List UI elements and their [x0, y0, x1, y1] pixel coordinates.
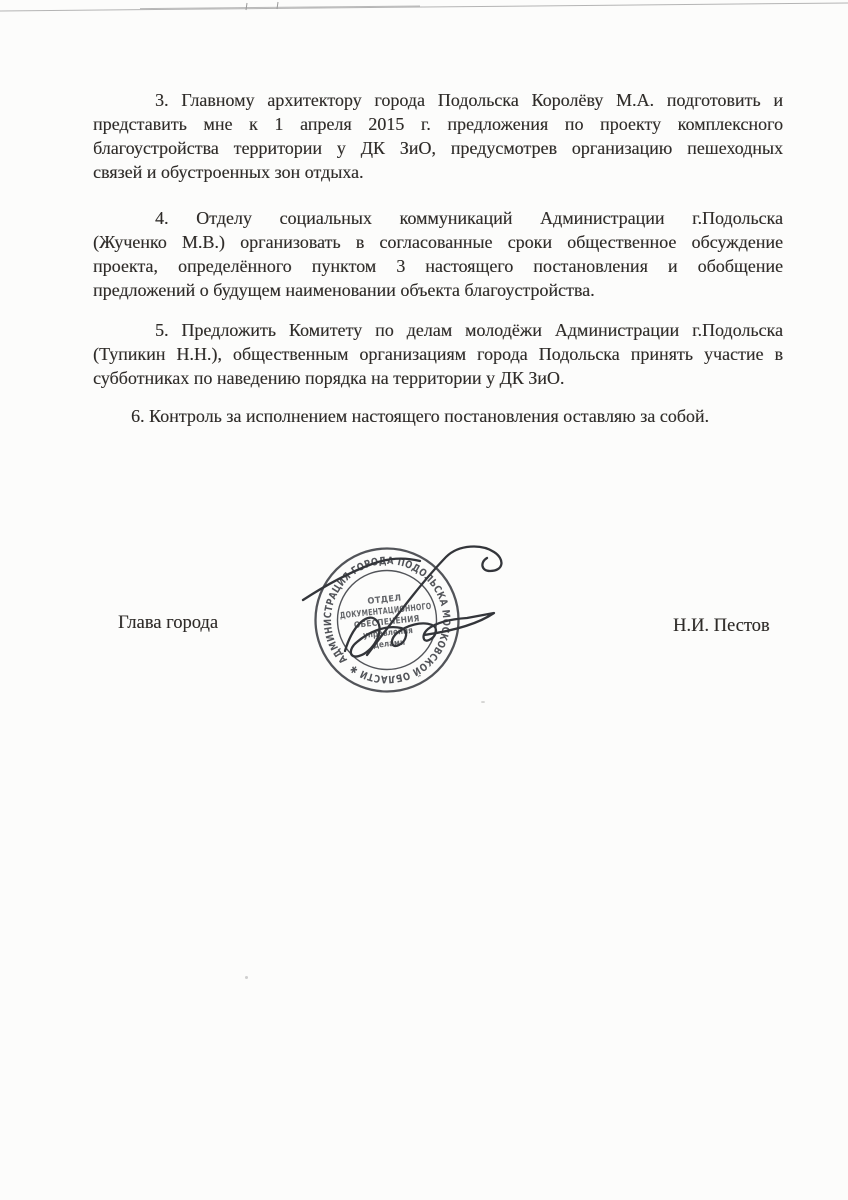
text-line: 3. Главному архитектору города Подольска… — [93, 88, 783, 112]
signature-stroke — [303, 559, 420, 600]
text-line: 4. Отделу социальных коммуникаций Админи… — [93, 206, 783, 230]
scanned-document-page: 3. Главному архитектору города Подольска… — [0, 0, 848, 1200]
scan-edge-artifact — [0, 0, 848, 20]
signature-stroke — [345, 613, 494, 657]
text-line: субботниках по наведению порядка на терр… — [93, 366, 783, 390]
text-line: проекта, определённого пунктом 3 настоящ… — [93, 254, 783, 278]
text-line: 6. Контроль за исполнением настоящего по… — [93, 404, 783, 428]
text-line: благоустройства территории у ДК ЗиО, пре… — [93, 136, 783, 160]
paragraph-6: 6. Контроль за исполнением настоящего по… — [93, 404, 783, 428]
paragraph-5: 5. Предложить Комитету по делам молодёжи… — [93, 318, 783, 390]
text-line: 5. Предложить Комитету по делам молодёжи… — [93, 318, 783, 342]
scan-speck — [481, 701, 485, 703]
scan-speck — [245, 976, 248, 979]
signature-stroke — [367, 547, 501, 655]
signer-name: Н.И. Пестов — [673, 616, 770, 637]
signer-title: Глава города — [118, 613, 218, 634]
text-line: связей и обустроенных зон отдыха. — [93, 160, 783, 184]
paragraph-3: 3. Главному архитектору города Подольска… — [93, 88, 783, 184]
document-body: 3. Главному архитектору города Подольска… — [93, 88, 783, 428]
handwritten-signature — [290, 535, 520, 715]
text-line: предложений о будущем наименовании объек… — [93, 278, 783, 302]
text-line: (Жученко М.В.) организовать в согласован… — [93, 230, 783, 254]
paragraph-4: 4. Отделу социальных коммуникаций Админи… — [93, 206, 783, 302]
text-line: представить мне к 1 апреля 2015 г. предл… — [93, 112, 783, 136]
text-line: (Тупикин Н.Н.), общественным организация… — [93, 342, 783, 366]
